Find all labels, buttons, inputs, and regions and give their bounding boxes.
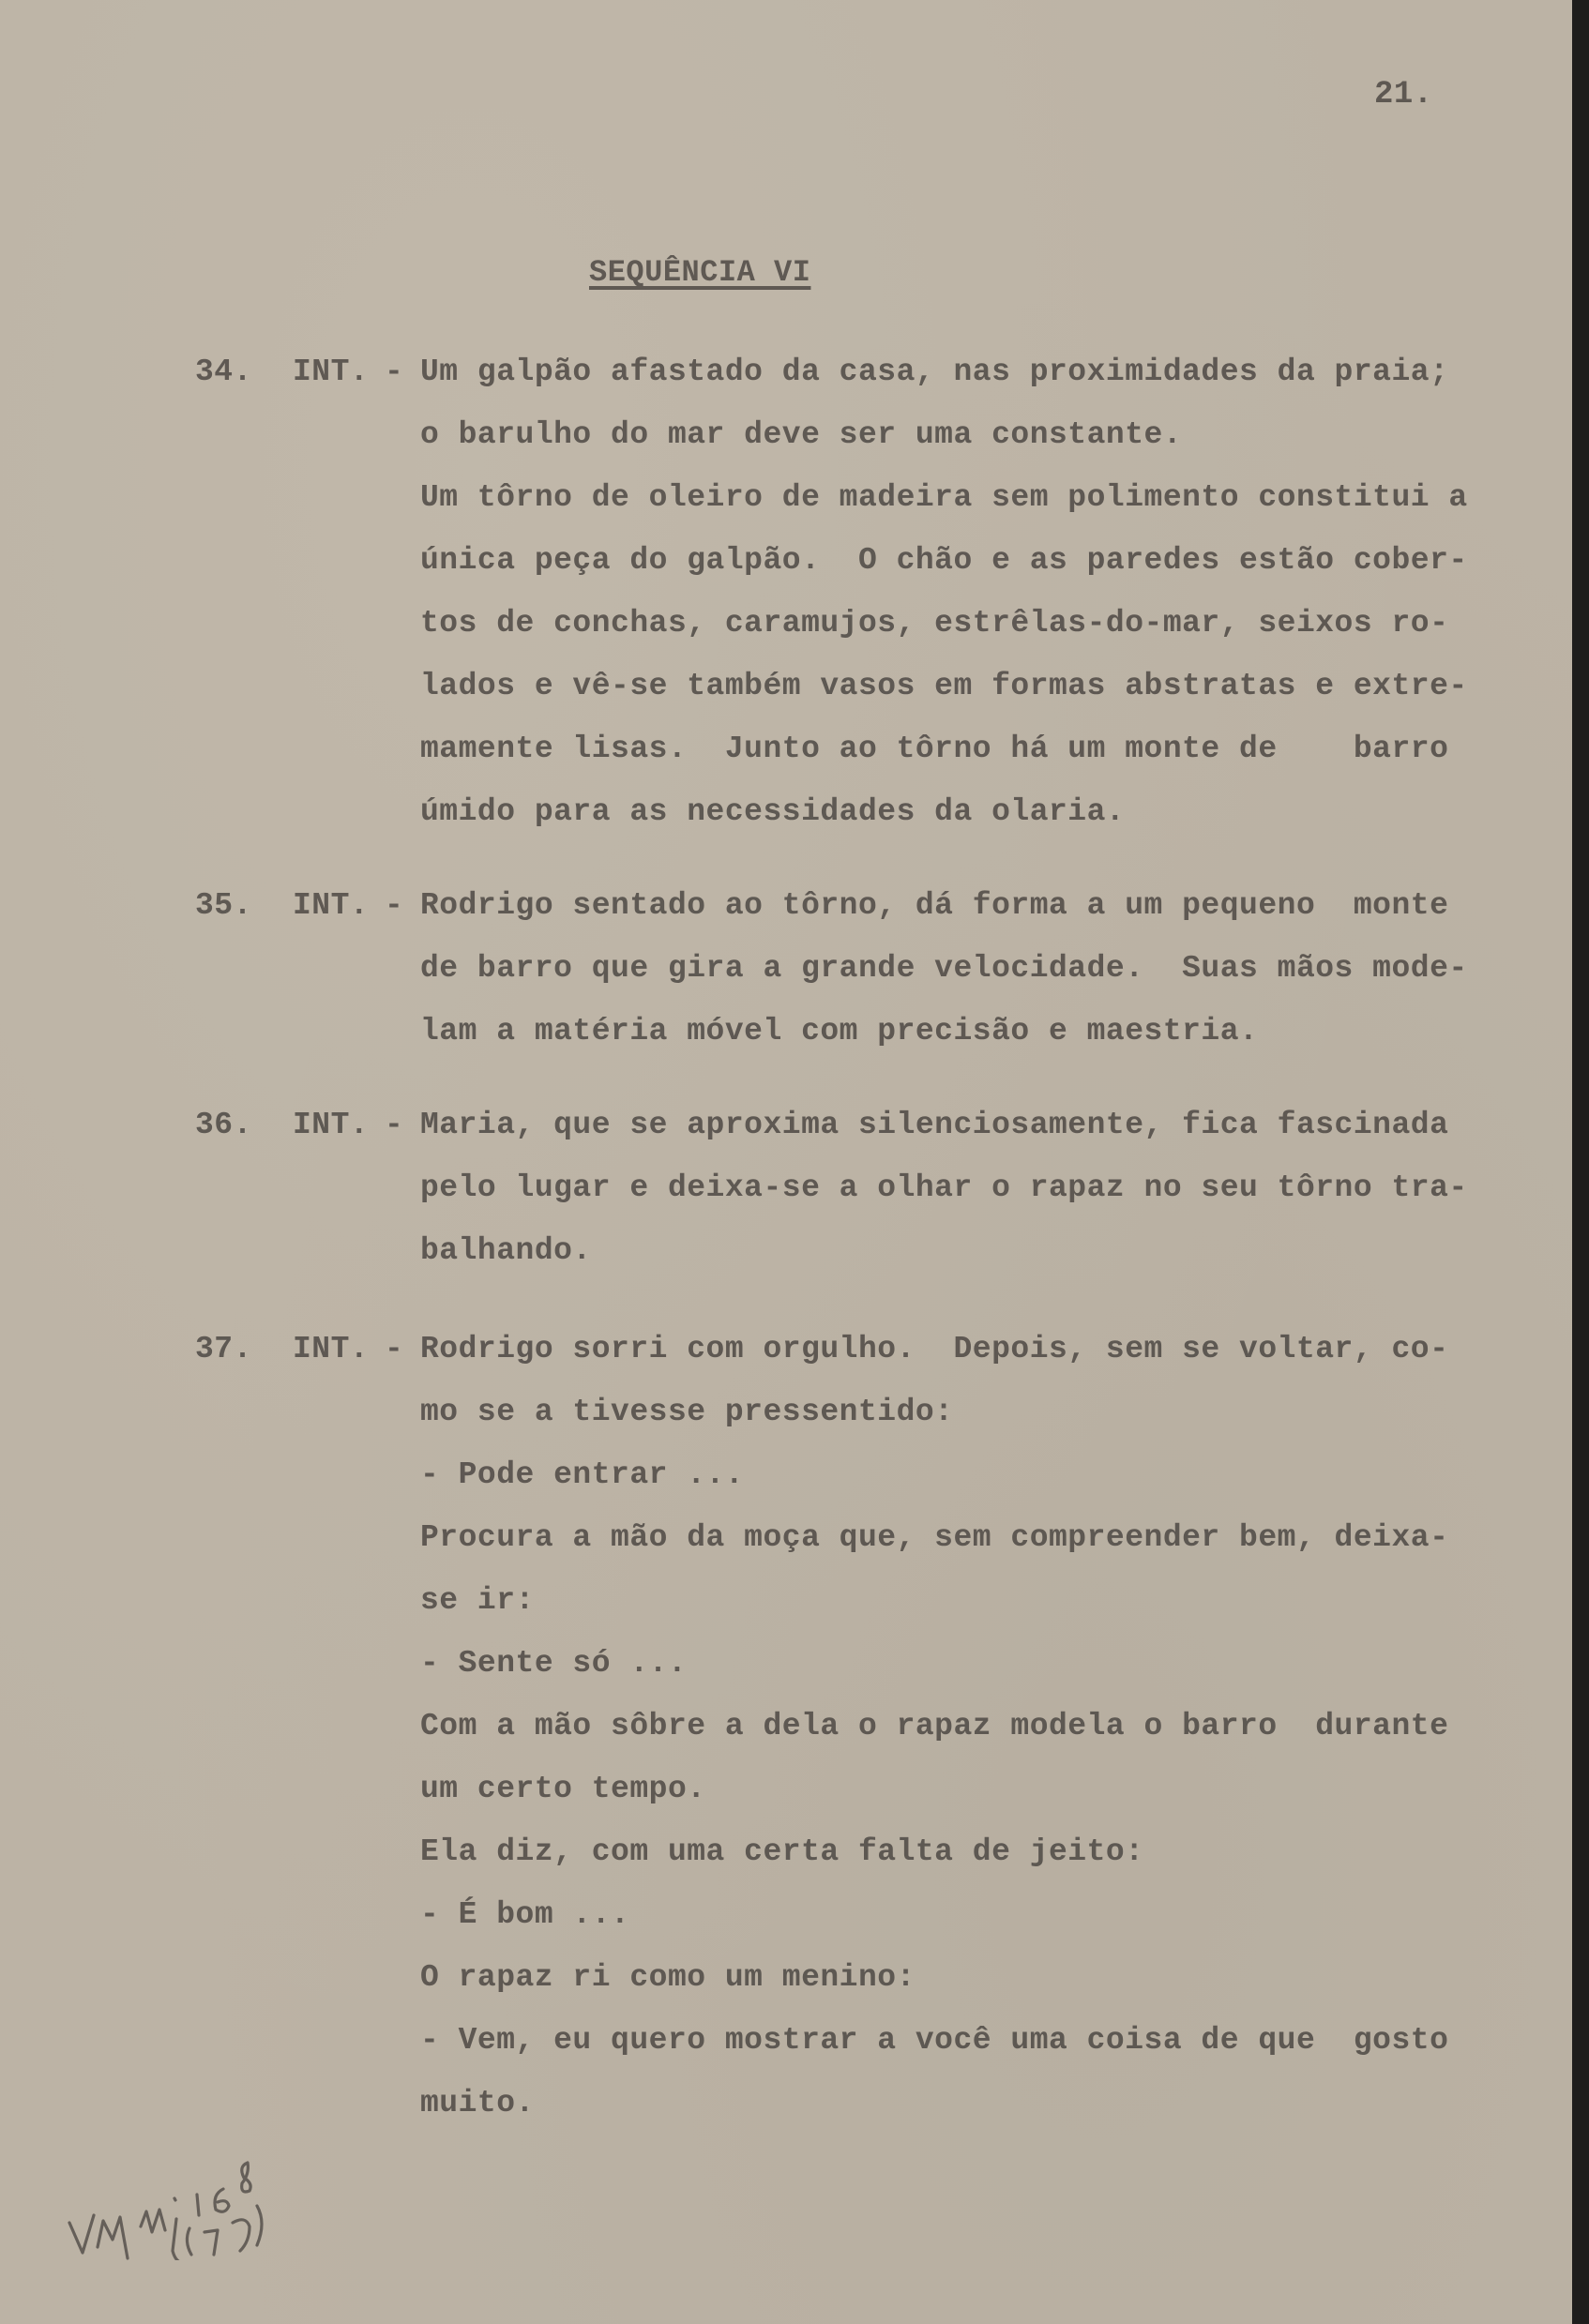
handwritten-note (66, 2129, 310, 2260)
scene-type: INT. (293, 1108, 369, 1142)
scene-type: INT. (293, 888, 369, 923)
scene-line: Um tôrno de oleiro de madeira sem polime… (420, 480, 1468, 515)
scene-line: úmido para as necessidades da olaria. (420, 794, 1125, 829)
scene-line: o barulho do mar deve ser uma constante. (420, 417, 1182, 452)
scene-number: 36. (195, 1108, 252, 1142)
scene-line: Rodrigo sorri com orgulho. Depois, sem s… (420, 1332, 1448, 1366)
scene-type: INT. (293, 355, 369, 389)
scene-line: de barro que gira a grande velocidade. S… (420, 951, 1468, 986)
scene-dash: - (385, 1332, 403, 1366)
handwriting-icon (66, 2129, 310, 2260)
scene-line: muito. (420, 2086, 535, 2120)
page-number: 21. (1374, 77, 1433, 113)
scene-dash: - (385, 888, 403, 923)
scene-line: Com a mão sôbre a dela o rapaz modela o … (420, 1709, 1448, 1743)
dialogue-line: - Sente só ... (420, 1646, 687, 1681)
scene-line: Um galpão afastado da casa, nas proximid… (420, 355, 1448, 389)
scene-line: tos de conchas, caramujos, estrêlas-do-m… (420, 606, 1448, 641)
scene-line: O rapaz ri como um menino: (420, 1960, 916, 1995)
scene-line: mamente lisas. Junto ao tôrno há um mont… (420, 732, 1448, 766)
document-page: 21. SEQUÊNCIA VI 34. INT. - Um galpão af… (0, 0, 1572, 2324)
dialogue-line: - Vem, eu quero mostrar a você uma coisa… (420, 2023, 1448, 2058)
scene-line: um certo tempo. (420, 1772, 706, 1806)
scene-line: pelo lugar e deixa-se a olhar o rapaz no… (420, 1170, 1468, 1205)
scene-line: Procura a mão da moça que, sem compreend… (420, 1520, 1448, 1555)
scene-dash: - (385, 355, 403, 389)
scene-type: INT. (293, 1332, 369, 1366)
section-title: SEQUÊNCIA VI (589, 255, 810, 290)
scene-number: 37. (195, 1332, 252, 1366)
scene-line: Maria, que se aproxima silenciosamente, … (420, 1108, 1448, 1142)
dialogue-line: - É bom ... (420, 1897, 629, 1932)
scene-line: Ela diz, com uma certa falta de jeito: (420, 1834, 1144, 1869)
scan-edge (1572, 0, 1589, 2324)
scene-dash: - (385, 1108, 403, 1142)
scene-line: Rodrigo sentado ao tôrno, dá forma a um … (420, 888, 1448, 923)
scene-line: balhando. (420, 1233, 592, 1268)
scene-line: lam a matéria móvel com precisão e maest… (420, 1014, 1258, 1049)
scene-number: 34. (195, 355, 252, 389)
scene-line: mo se a tivesse pressentido: (420, 1395, 954, 1429)
dialogue-line: - Pode entrar ... (420, 1457, 744, 1492)
scene-number: 35. (195, 888, 252, 923)
scene-line: lados e vê-se também vasos em formas abs… (420, 669, 1468, 703)
scene-line: se ir: (420, 1583, 535, 1618)
scene-line: única peça do galpão. O chão e as parede… (420, 543, 1468, 578)
